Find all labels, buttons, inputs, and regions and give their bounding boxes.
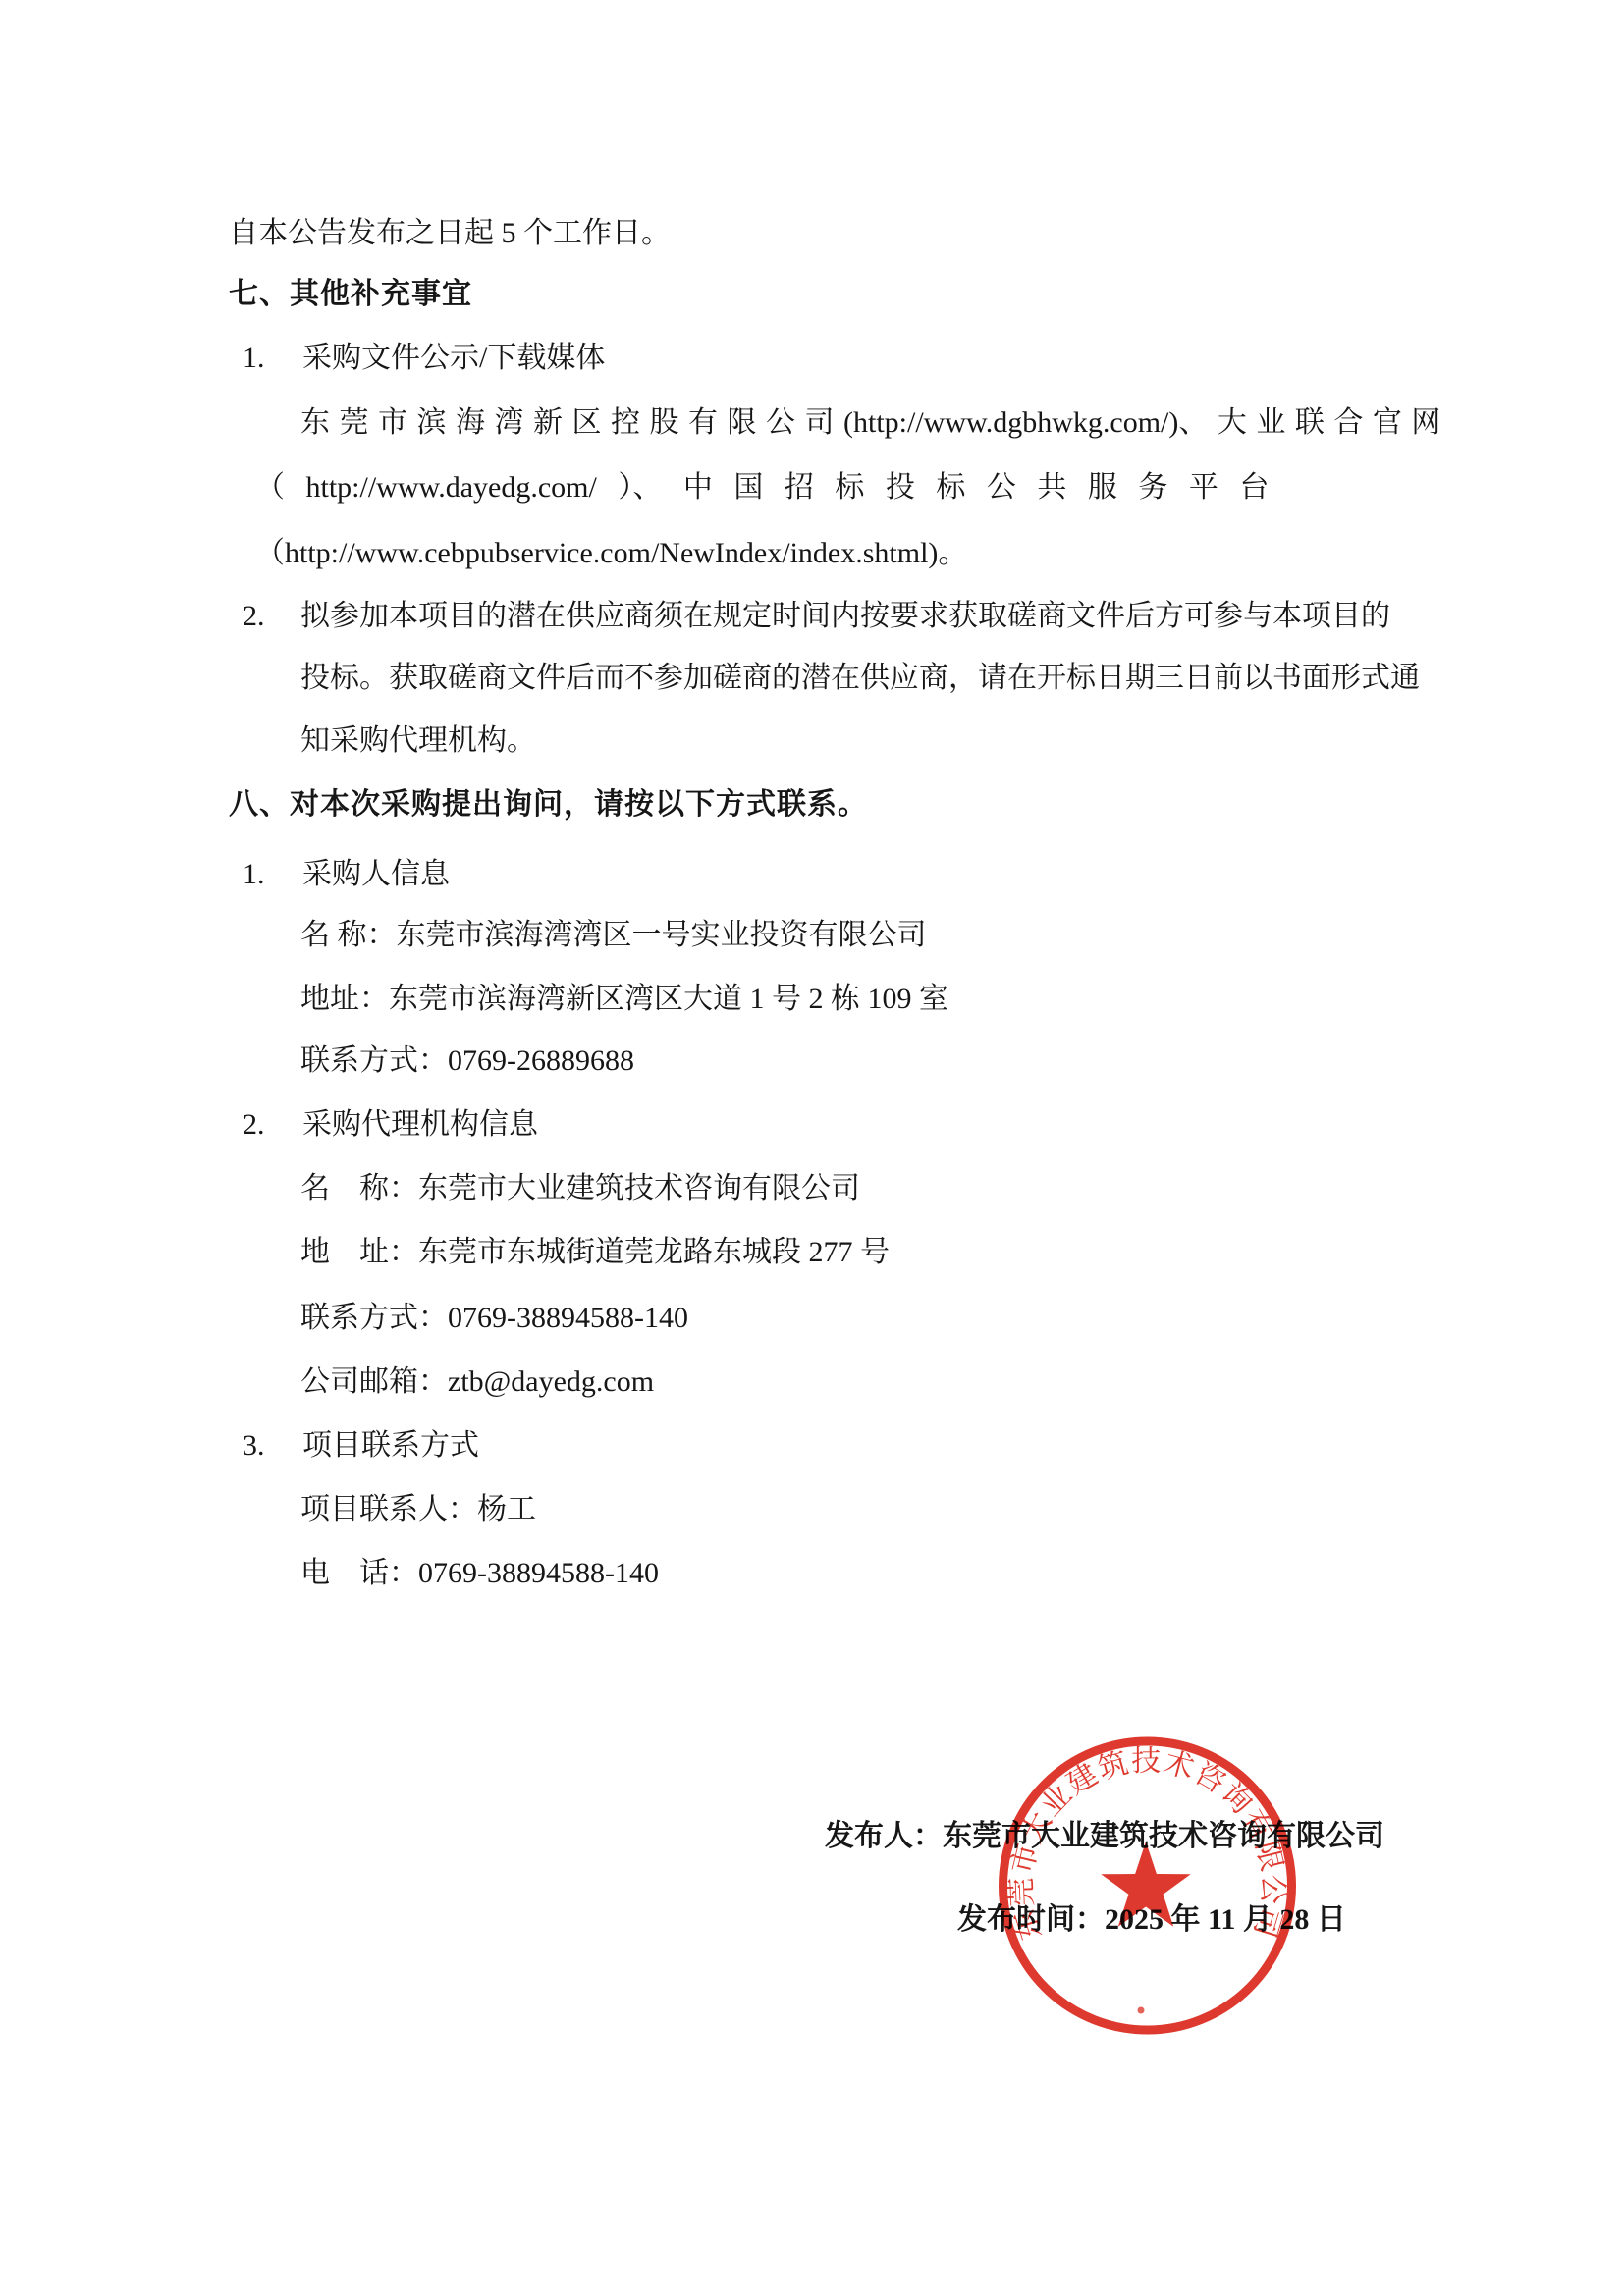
project-contact-person: 项目联系人：杨工 [300,1490,536,1529]
purchaser-name: 名 称：东莞市滨海湾湾区一号实业投资有限公司 [300,916,927,955]
intro-line: 自本公告发布之日起 5 个工作日。 [229,214,671,253]
purchaser-contact: 联系方式：0769-26889688 [300,1041,634,1081]
supplier-note-line-2: 投标。获取磋商文件后而不参加磋商的潜在供应商，请在开标日期三日前以书面形式通 [300,659,1420,698]
media-line-2: （ http://www.dayedg.com/ ）、 中 国 招 标 投 标 … [255,468,1269,507]
purchaser-info-title: 采购人信息 [302,855,450,894]
media-line-1: 东 莞 市 滨 海 湾 新 区 控 股 有 限 公 司 (http://www.… [300,403,1440,443]
company-seal-stamp: 东莞市大业建筑技术咨询有限公司 [994,1734,1301,2038]
item-title-download-media: 采购文件公示/下载媒体 [302,339,605,378]
supplier-note-line-3: 知采购代理机构。 [300,721,536,761]
agency-name: 名 称：东莞市大业建筑技术咨询有限公司 [300,1169,860,1208]
section-seven-heading: 七、其他补充事宜 [229,275,472,314]
agency-info-title: 采购代理机构信息 [302,1105,538,1145]
purchaser-address: 地址：东莞市滨海湾新区湾区大道 1 号 2 栋 109 室 [300,980,948,1019]
list-number: 1. [243,339,265,378]
agency-address: 地 址：东莞市东城街道莞龙路东城段 277 号 [300,1233,890,1272]
agency-email: 公司邮箱：ztb@dayedg.com [300,1362,654,1402]
list-number: 2. [243,597,265,636]
document-page: 自本公告发布之日起 5 个工作日。 七、其他补充事宜 1. 采购文件公示/下载媒… [0,0,1624,2296]
stamp-star-icon [1101,1842,1190,1927]
agency-contact: 联系方式：0769-38894588-140 [300,1299,688,1338]
list-number: 3. [243,1426,265,1466]
section-eight-heading: 八、对本次采购提出询问，请按以下方式联系。 [229,785,868,825]
project-contact-title: 项目联系方式 [302,1426,479,1466]
list-number: 1. [243,855,265,894]
list-number: 2. [243,1105,265,1145]
supplier-note-line-1: 拟参加本项目的潜在供应商须在规定时间内按要求获取磋商文件后方可参与本项目的 [300,597,1390,636]
stamp-bottom-mark [1138,2007,1145,2014]
project-contact-phone: 电 话：0769-38894588-140 [300,1554,659,1593]
media-line-3: （http://www.cebpubservice.com/NewIndex/i… [255,534,967,573]
